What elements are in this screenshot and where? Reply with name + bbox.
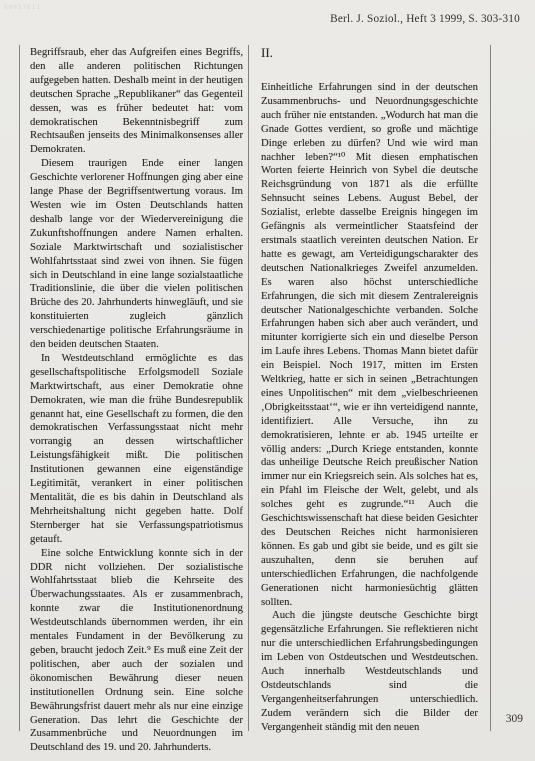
paragraph: Einheitliche Erfahrungen sind in der deu… (261, 81, 478, 609)
paragraph: Eine solche Entwicklung konnte sich in d… (30, 547, 243, 756)
journal-page: 00057611 Berl. J. Soziol., Heft 3 1999, … (0, 0, 535, 761)
paragraph: Begriffsraub, eher das Aufgreifen eines … (30, 46, 243, 157)
page-body: Begriffsraub, eher das Aufgreifen eines … (19, 45, 491, 731)
section-heading: II. (261, 46, 478, 60)
right-column: II. Einheitliche Erfahrungen sind in der… (249, 45, 490, 731)
paragraph: Diesem traurigen Ende einer langen Gesch… (30, 157, 243, 352)
page-number: 309 (506, 713, 523, 725)
scan-id-watermark: 00057611 (4, 4, 41, 11)
left-column: Begriffsraub, eher das Aufgreifen eines … (20, 45, 249, 731)
paragraph: In Westdeutschland ermöglichte es das ge… (30, 352, 243, 547)
journal-header: Berl. J. Soziol., Heft 3 1999, S. 303-31… (330, 13, 520, 25)
paragraph: Auch die jüngste deutsche Geschichte bir… (261, 609, 478, 734)
